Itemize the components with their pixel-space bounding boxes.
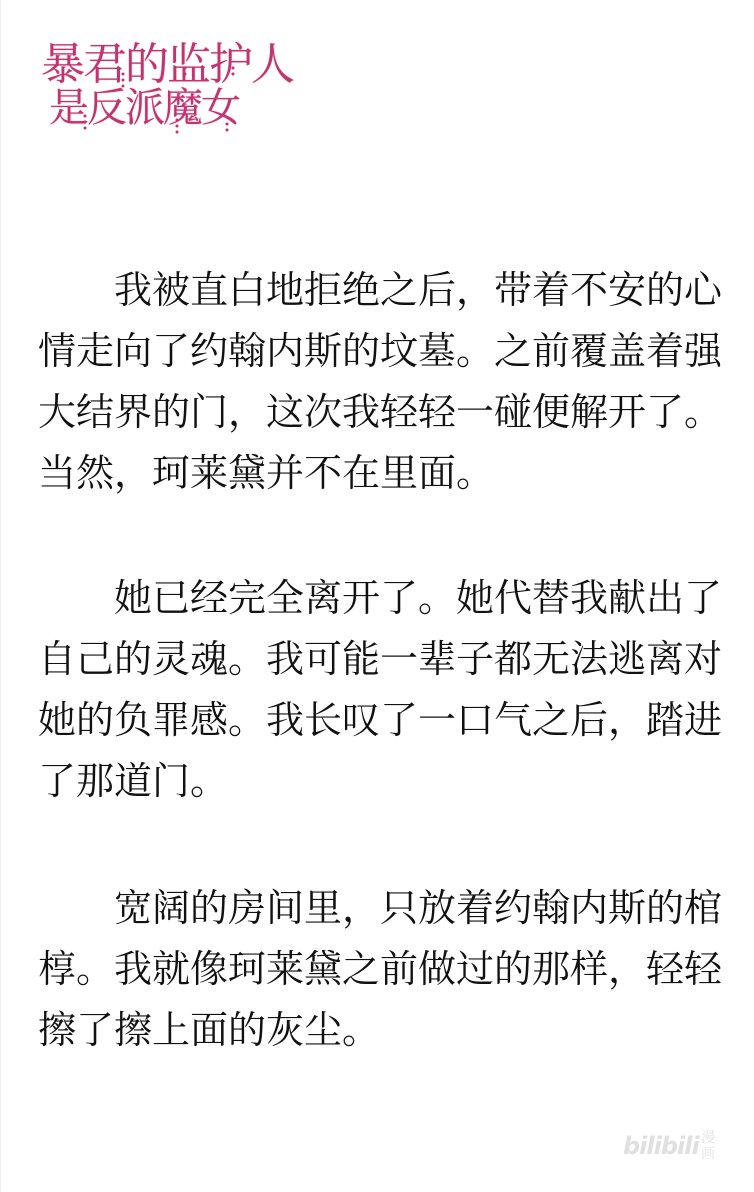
paragraph-3-line-2: 椁。我就像珂莱黛之前做过的那样，轻轻 [38,947,722,991]
paragraph-2-line-1: 她已经完全离开了。她代替我献出了 [114,576,722,620]
paragraph-2-line-3: 她的负罪感。我长叹了一口气之后，踏进 [38,698,722,742]
paragraph-1-line-2: 情走向了约翰内斯的坟墓。之前覆盖着强 [38,329,722,373]
paragraph-1-line-4: 当然，珂莱黛并不在里面。 [38,451,494,495]
series-title-logo: 暴君的监护人 是反派魔女 [37,28,267,138]
watermark-brand: bilibili [623,1132,699,1160]
paragraph-3-line-3: 擦了擦上面的灰尘。 [38,1008,380,1052]
comic-page: 暴君的监护人 是反派魔女 我被直白地拒绝之后，带着不安的心 情走向了约翰内斯的坟… [0,0,754,1192]
paragraph-3-line-1: 宽阔的房间里，只放着约翰内斯的棺 [114,886,722,930]
bilibili-comics-watermark: bilibili 漫画 [623,1128,727,1166]
logo-ornament-icon [37,28,267,138]
paragraph-1-line-1: 我被直白地拒绝之后，带着不安的心 [114,268,722,312]
paragraph-2-line-2: 自己的灵魂。我可能一辈子都无法逃离对 [38,637,722,681]
paragraph-2-line-4: 了那道门。 [38,759,228,803]
paragraph-1-line-3: 大结界的门，这次我轻轻一碰便解开了。 [38,390,722,434]
watermark-sub: 漫画 [701,1130,723,1162]
